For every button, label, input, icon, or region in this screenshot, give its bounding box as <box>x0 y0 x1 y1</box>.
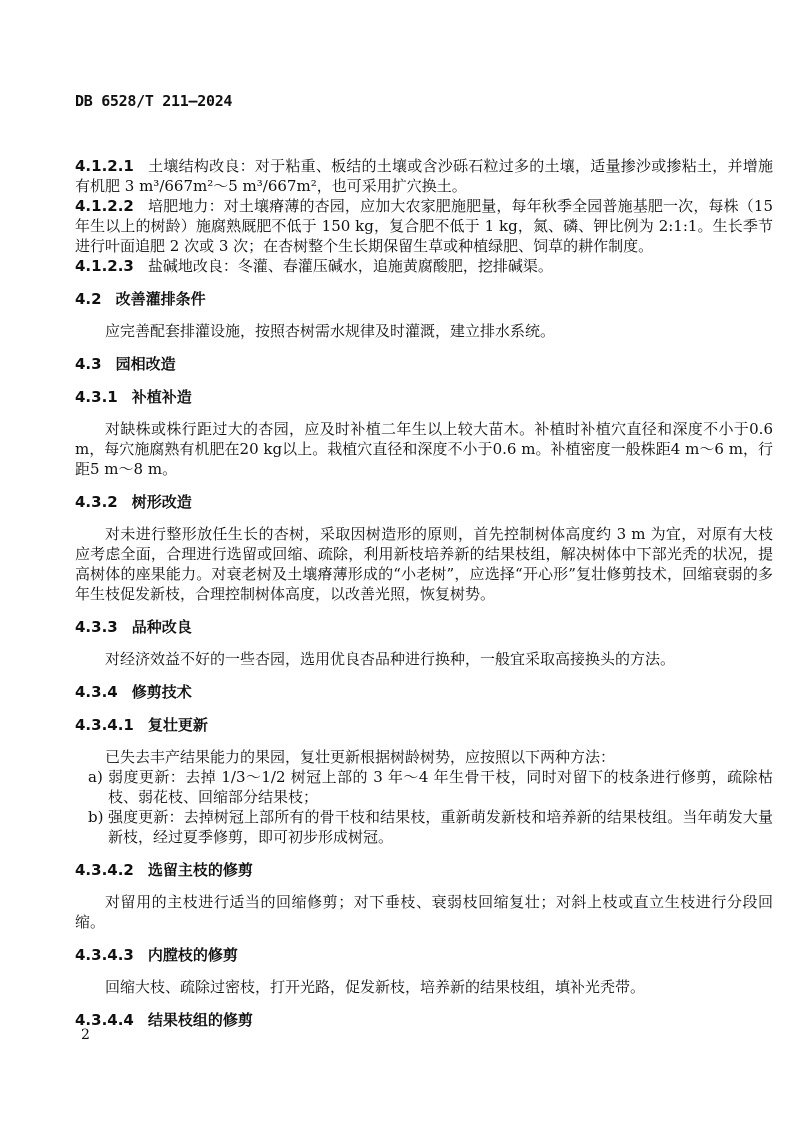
paragraph: 回缩大枝、疏除过密枝，打开光路，促发新枝，培养新的结果枝组，填补光秃带。 <box>75 977 773 997</box>
heading-title: 内膛枝的修剪 <box>148 946 238 964</box>
heading-title: 品种改良 <box>132 618 192 636</box>
section-heading-4-3-1: 4.3.1补植补造 <box>75 387 773 407</box>
clause-text: 盐碱地改良：冬灌、春灌压碱水，追施黄腐酸肥，挖排碱渠。 <box>148 257 553 275</box>
standard-code-header: DB 6528/T 211—2024 <box>75 92 232 110</box>
list-item-text: 强度更新：去掉树冠上部所有的骨干枝和结果枝，重新萌发新枝和培养新的结果枝组。当年… <box>108 807 773 847</box>
section-heading-4-3-4-4: 4.3.4.4结果枝组的修剪 <box>75 1010 773 1030</box>
clause-text: 土壤结构改良：对于粘重、板结的土壤或含沙砾石粒过多的土壤，适量掺沙或掺粘土，并增… <box>75 157 773 195</box>
list-item: a) 弱度更新：去掉 1/3～1/2 树冠上部的 3 年～4 年生骨干枝，同时对… <box>75 767 773 807</box>
paragraph: 应完善配套排灌设施，按照杏树需水规律及时灌溉，建立排水系统。 <box>75 321 773 341</box>
section-heading-4-3-4-1: 4.3.4.1复壮更新 <box>75 715 773 735</box>
list-item-marker: b) <box>88 807 108 847</box>
heading-number: 4.3.4 <box>75 683 118 701</box>
heading-title: 复壮更新 <box>148 716 208 734</box>
heading-number: 4.3.3 <box>75 618 118 636</box>
heading-title: 改善灌排条件 <box>116 290 206 308</box>
document-page: DB 6528/T 211—2024 4.1.2.1土壤结构改良：对于粘重、板结… <box>0 0 793 1122</box>
heading-number: 4.2 <box>75 290 102 308</box>
ordered-list: a) 弱度更新：去掉 1/3～1/2 树冠上部的 3 年～4 年生骨干枝，同时对… <box>75 767 773 847</box>
section-heading-4-2: 4.2改善灌排条件 <box>75 289 773 309</box>
clause-number: 4.1.2.1 <box>75 157 134 175</box>
clause-text: 培肥地力：对土壤瘠薄的杏园，应加大农家肥施肥量，每年秋季全园普施基肥一次，每株（… <box>75 197 773 255</box>
section-heading-4-3-4: 4.3.4修剪技术 <box>75 682 773 702</box>
heading-title: 园相改造 <box>116 355 176 373</box>
heading-number: 4.3.1 <box>75 388 118 406</box>
heading-title: 选留主枝的修剪 <box>148 861 253 879</box>
section-heading-4-3-4-3: 4.3.4.3内膛枝的修剪 <box>75 945 773 965</box>
section-heading-4-3: 4.3园相改造 <box>75 354 773 374</box>
list-item: b) 强度更新：去掉树冠上部所有的骨干枝和结果枝，重新萌发新枝和培养新的结果枝组… <box>75 807 773 847</box>
clause-4-1-2-2: 4.1.2.2培肥地力：对土壤瘠薄的杏园，应加大农家肥施肥量，每年秋季全园普施基… <box>75 196 773 256</box>
clause-number: 4.1.2.2 <box>75 197 134 215</box>
paragraph: 对留用的主枝进行适当的回缩修剪；对下垂枝、衰弱枝回缩复壮；对斜上枝或直立生枝进行… <box>75 892 773 932</box>
heading-number: 4.3.4.2 <box>75 861 134 879</box>
document-body: 4.1.2.1土壤结构改良：对于粘重、板结的土壤或含沙砾石粒过多的土壤，适量掺沙… <box>75 156 773 1042</box>
paragraph: 对经济效益不好的一些杏园，选用优良杏品种进行换种，一般宜采取高接换头的方法。 <box>75 649 773 669</box>
heading-number: 4.3 <box>75 355 102 373</box>
paragraph: 对未进行整形放任生长的杏树，采取因树造形的原则，首先控制树体高度约 3 m 为宜… <box>75 524 773 604</box>
heading-title: 补植补造 <box>132 388 192 406</box>
list-item-text: 弱度更新：去掉 1/3～1/2 树冠上部的 3 年～4 年生骨干枝，同时对留下的… <box>108 767 773 807</box>
heading-number: 4.3.4.1 <box>75 716 134 734</box>
list-item-marker: a) <box>88 767 108 807</box>
clause-4-1-2-1: 4.1.2.1土壤结构改良：对于粘重、板结的土壤或含沙砾石粒过多的土壤，适量掺沙… <box>75 156 773 196</box>
heading-title: 结果枝组的修剪 <box>148 1011 253 1029</box>
clause-number: 4.1.2.3 <box>75 257 134 275</box>
section-heading-4-3-4-2: 4.3.4.2选留主枝的修剪 <box>75 860 773 880</box>
paragraph: 对缺株或株行距过大的杏园，应及时补植二年生以上较大苗木。补植时补植穴直径和深度不… <box>75 419 773 479</box>
heading-title: 树形改造 <box>132 493 192 511</box>
heading-number: 4.3.2 <box>75 493 118 511</box>
section-heading-4-3-2: 4.3.2树形改造 <box>75 492 773 512</box>
heading-number: 4.3.4.3 <box>75 946 134 964</box>
heading-title: 修剪技术 <box>132 683 192 701</box>
clause-4-1-2-3: 4.1.2.3盐碱地改良：冬灌、春灌压碱水，追施黄腐酸肥，挖排碱渠。 <box>75 256 773 276</box>
page-number: 2 <box>81 1027 90 1043</box>
paragraph: 已失去丰产结果能力的果园，复壮更新根据树龄树势，应按照以下两种方法： <box>75 747 773 767</box>
section-heading-4-3-3: 4.3.3品种改良 <box>75 617 773 637</box>
